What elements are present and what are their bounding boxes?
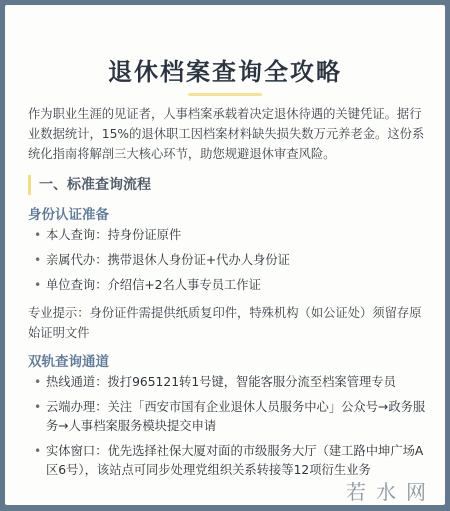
list-item: • 单位查询：介绍信+2名人事专员工作证 xyxy=(28,276,433,295)
bullet-icon: • xyxy=(34,251,41,270)
bullet-icon: • xyxy=(34,398,41,417)
intro-paragraph: 作为职业生涯的见证者，人事档案承载着决定退休待遇的关键凭证。据行业数据统计，15… xyxy=(28,104,428,164)
query-channels-list: • 热线通道：拨打965121转1号键，智能客服分流至档案管理专员 • 云端办理… xyxy=(28,373,433,480)
bullet-icon: • xyxy=(34,226,41,245)
subheading-dual-channels: 双轨查询通道 xyxy=(28,350,109,370)
list-item: • 本人查询：持身份证原件 xyxy=(28,226,433,245)
list-item: • 亲属代办：携带退休人身份证+代办人身份证 xyxy=(28,251,433,270)
list-item: • 云端办理：关注「西安市国有企业退休人员服务中心」公众号→政务服务→人事档案服… xyxy=(28,398,433,436)
section-heading-standard-process: 一、标准查询流程 xyxy=(28,175,151,195)
page-title: 退休档案查询全攻略 xyxy=(5,52,445,87)
list-item: • 热线通道：拨打965121转1号键，智能客服分流至档案管理专员 xyxy=(28,373,433,392)
list-item: • 实体窗口：优先选择社保大厦对面的市级服务大厅（建工路中坤广场A区6号），该站… xyxy=(28,442,433,480)
bullet-icon: • xyxy=(34,276,41,295)
professional-tip: 专业提示：身份证件需提供纸质复印件，特殊机构（如公证处）须留存原始证明文件 xyxy=(28,303,433,343)
article-card: 退休档案查询全攻略 作为职业生涯的见证者，人事档案承载着决定退休待遇的关键凭证。… xyxy=(5,5,445,505)
bullet-icon: • xyxy=(34,373,41,392)
watermark-logo: 若水网 xyxy=(346,476,436,505)
title-underline-divider xyxy=(188,93,262,96)
identity-requirements-list: • 本人查询：持身份证原件 • 亲属代办：携带退休人身份证+代办人身份证 • 单… xyxy=(28,226,433,295)
bullet-icon: • xyxy=(34,442,41,461)
subheading-identity-preparation: 身份认证准备 xyxy=(28,203,109,223)
